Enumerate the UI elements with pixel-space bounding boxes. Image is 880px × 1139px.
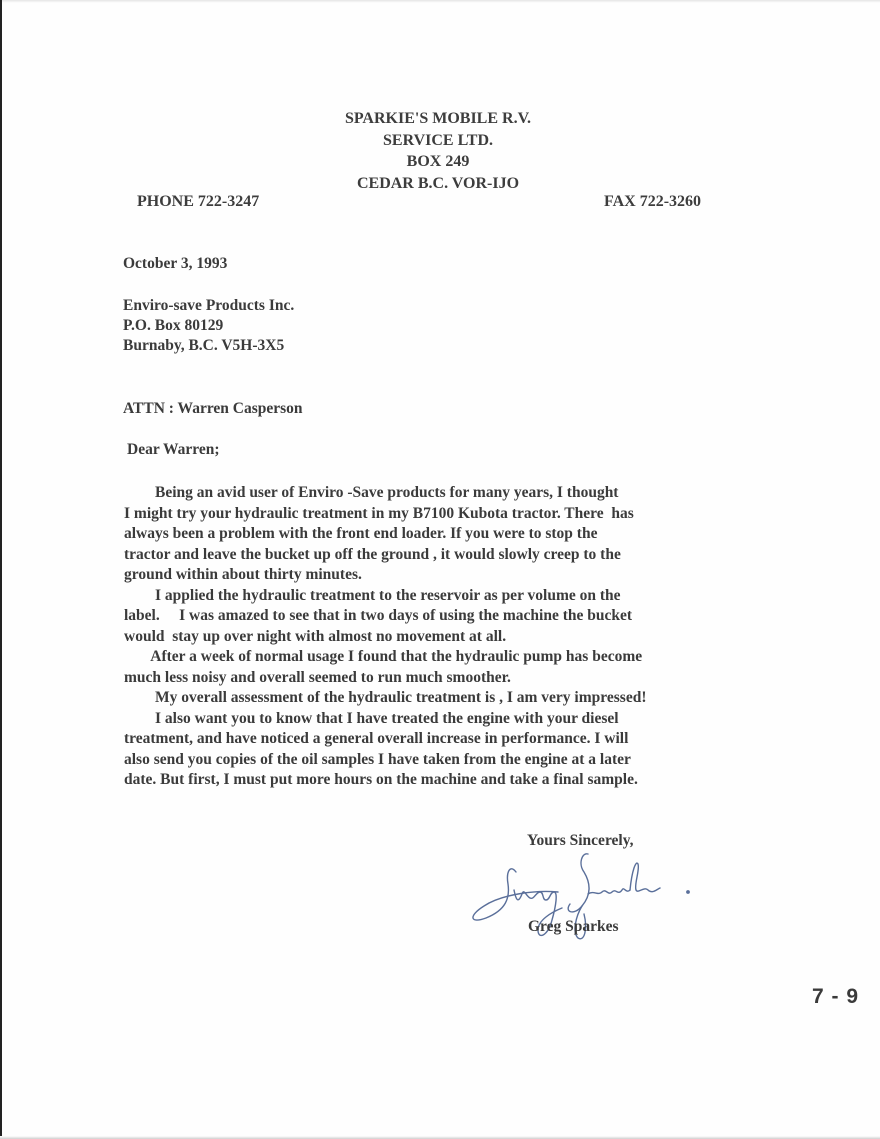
body-line: date. But first, I must put more hours o…: [124, 770, 764, 791]
letterhead-company-line1: SPARKIE'S MOBILE R.V.: [0, 108, 880, 130]
body-line: label. I was amazed to see that in two d…: [124, 606, 764, 627]
page-number: 7 - 9: [812, 985, 859, 1009]
body-line: I applied the hydraulic treatment to the…: [124, 586, 764, 607]
body-line: I might try your hydraulic treatment in …: [124, 504, 764, 525]
letter-date: October 3, 1993: [123, 255, 227, 273]
body-line: also send you copies of the oil samples …: [124, 750, 764, 771]
closing: Yours Sincerely,: [527, 832, 634, 850]
letterhead: SPARKIE'S MOBILE R.V. SERVICE LTD. BOX 2…: [0, 108, 880, 194]
attention-line: ATTN : Warren Casperson: [123, 400, 303, 418]
body-line: always been a problem with the front end…: [124, 524, 764, 545]
body-line: My overall assessment of the hydraulic t…: [124, 688, 764, 709]
letterhead-box: BOX 249: [0, 151, 880, 173]
salutation: Dear Warren;: [127, 441, 220, 459]
recipient-city: Burnaby, B.C. V5H-3X5: [123, 336, 294, 356]
letter-page: SPARKIE'S MOBILE R.V. SERVICE LTD. BOX 2…: [0, 0, 880, 1139]
body-line: I also want you to know that I have trea…: [124, 709, 764, 730]
scan-edge-top: [0, 0, 880, 3]
body-line: ground within about thirty minutes.: [124, 565, 764, 586]
letterhead-fax: FAX 722-3260: [604, 193, 701, 211]
recipient-address: Enviro-save Products Inc. P.O. Box 80129…: [123, 296, 294, 356]
body-line: would stay up over night with almost no …: [124, 627, 764, 648]
signer-name: Greg Sparkes: [528, 918, 619, 936]
body-line: After a week of normal usage I found tha…: [124, 647, 764, 668]
recipient-po-box: P.O. Box 80129: [123, 316, 294, 336]
letterhead-city: CEDAR B.C. VOR-IJO: [0, 173, 880, 195]
recipient-company: Enviro-save Products Inc.: [123, 296, 294, 316]
letterhead-phone: PHONE 722-3247: [137, 193, 259, 211]
letter-body: Being an avid user of Enviro -Save produ…: [124, 483, 764, 791]
letterhead-company-line2: SERVICE LTD.: [0, 130, 880, 152]
body-line: tractor and leave the bucket up off the …: [124, 545, 764, 566]
body-line: treatment, and have noticed a general ov…: [124, 729, 764, 750]
body-line: much less noisy and overall seemed to ru…: [124, 668, 764, 689]
body-line: Being an avid user of Enviro -Save produ…: [124, 483, 764, 504]
